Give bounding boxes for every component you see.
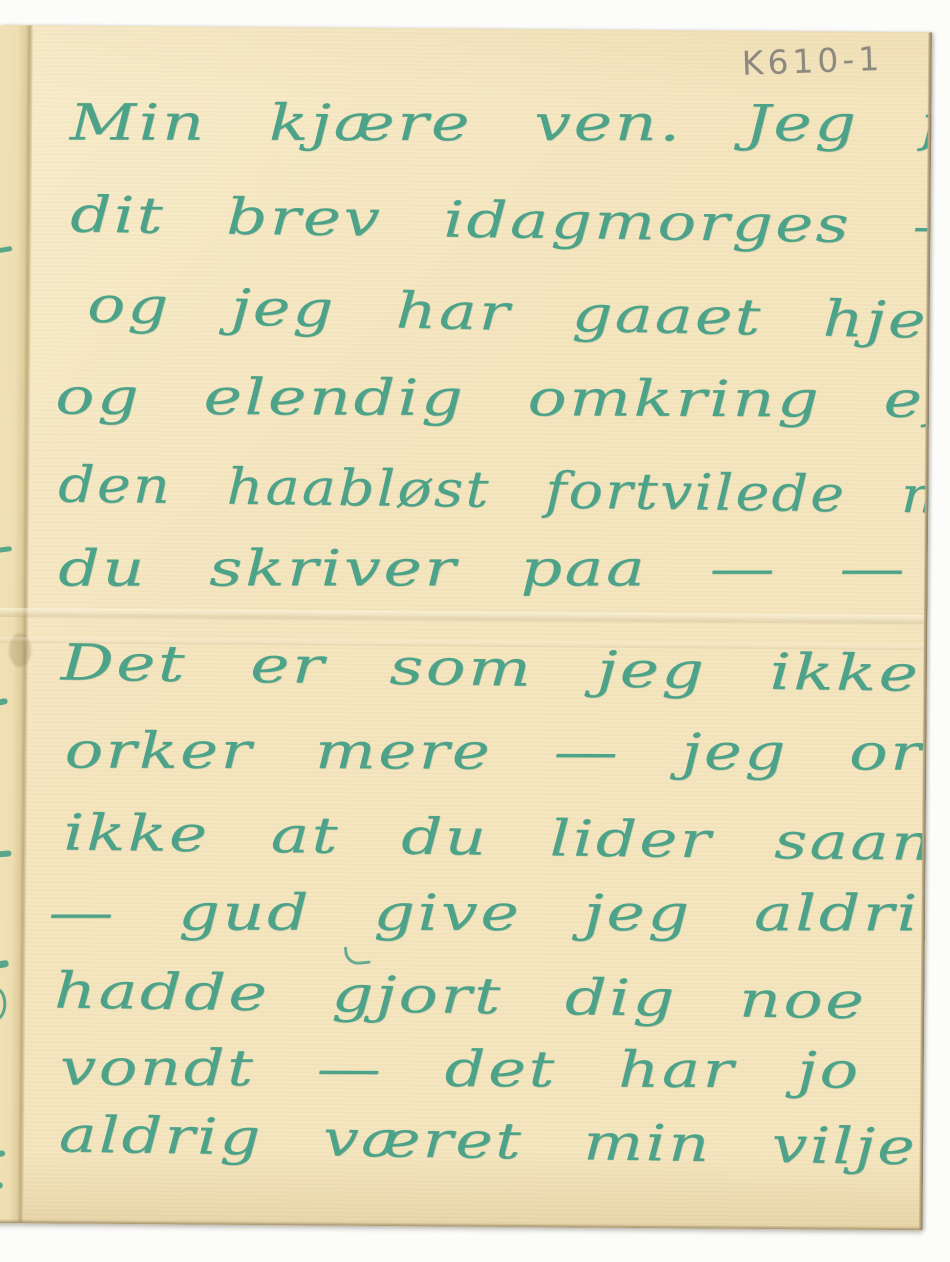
handwriting-line: og jeg har gaaet hjertesyg — [87, 276, 932, 354]
handwriting-line: dit brev idagmorges — — [70, 186, 932, 256]
handwriting-line: Det er som jeg ikke — [60, 633, 921, 702]
handwriting-line: orker mere — jeg orker — [65, 722, 932, 782]
handwriting-line: Min kjære ven. Jeg fik — [69, 94, 932, 153]
handwriting-line: og elendig omkring efter — [55, 367, 932, 429]
handwriting-line: ikke at du lider saan — — [63, 804, 932, 874]
handwriting-line: aldrig været min vilje — — [58, 1106, 932, 1179]
handwriting-line: vondt — det har jo — [60, 1039, 861, 1100]
handwriting-line: den haabløst fortvilede maade — [58, 455, 932, 526]
handwriting-line: — gud give jeg aldrig — [48, 883, 932, 942]
letter-text: Min kjære ven. Jeg fik dit brev idagmorg… — [0, 25, 932, 1230]
handwriting-line: du skriver paa — — — [58, 539, 907, 597]
handwriting-line: hadde gjort dig noe — [54, 961, 867, 1030]
letter-paper: K610-1 Min kjære ven. Jeg fik dit brev i… — [0, 25, 932, 1230]
scan-background: K610-1 Min kjære ven. Jeg fik dit brev i… — [0, 0, 950, 1262]
